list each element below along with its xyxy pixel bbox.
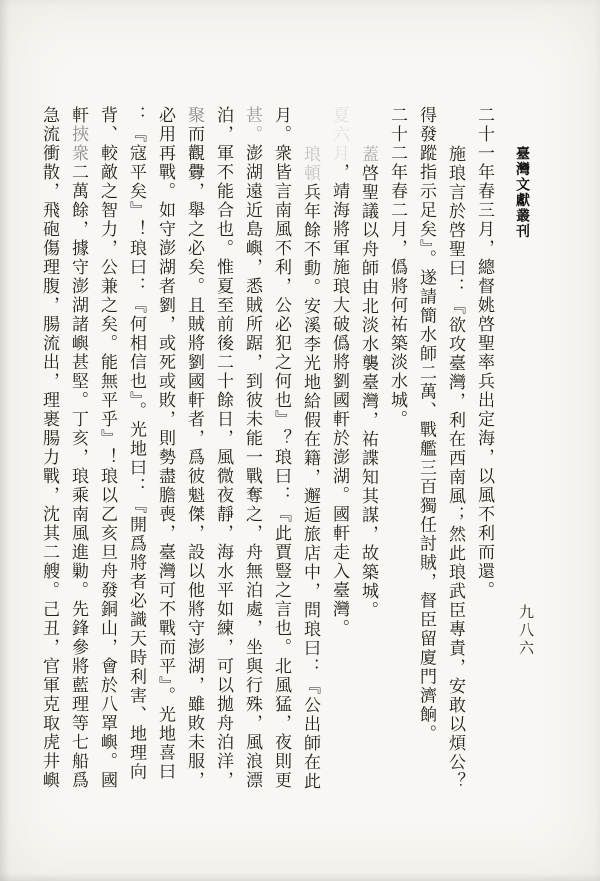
column-text: 月。衆皆言南風不利，公必犯之何也』？琅曰：『此賈豎之言也。北風猛，夜則更	[271, 106, 291, 790]
text-column: 背、較敵之智力，公兼之矣。能無平乎』！琅以乙亥旦舟發銅山，會於八罩嶼。國	[92, 106, 121, 811]
column-text-faded: 琅頓	[300, 145, 320, 183]
column-text: 軒	[68, 106, 88, 125]
column-text: 施琅言於啓聖曰：『欲攻臺灣，利在西南風；然此琅武臣專責，安敢以煩公？	[445, 145, 465, 791]
column-text: 澎湖遠近島嶼，悉賊所踞，到彼未能一戰奪之，舟無泊處，坐與行殊，風浪漂	[242, 144, 262, 790]
column-text-faded: 蓋	[358, 145, 378, 164]
column-text: 急流衝散，飛砲傷理腹，腸流出，理裹腸力戰，沈其二艘。己丑，官軍克取虎井嶼	[39, 106, 59, 790]
text-column: 蓋啓聖議以舟師由北淡水襲臺灣，祐諜知其謀，故築城。	[353, 106, 382, 811]
column-text-faded: 挾衆	[68, 125, 88, 163]
column-text: 啓聖議以舟師由北淡水襲臺灣，祐諜知其謀，故築城。	[358, 164, 378, 620]
text-column: 泊，軍不能合也。惟夏至前後二十餘日，風微夜靜，海水平如練，可以拋舟泊洋，	[208, 106, 237, 811]
main-text-block: 二十一年春三月，總督姚啓聖率兵出定海，以風不利而還。 施琅言於啓聖曰：『欲攻臺灣…	[34, 106, 498, 816]
text-column: 得發蹤指示足矣』。遂請簡水師二萬、戰艦三百獨任討賊，督臣留廈門濟餉。	[411, 106, 440, 811]
text-column: 二十二年春二月，僞將何祐築淡水城。	[382, 106, 411, 811]
folio-page-number: 九八六	[511, 604, 540, 658]
text-column: 施琅言於啓聖曰：『欲攻臺灣，利在西南風；然此琅武臣專責，安敢以煩公？	[440, 106, 469, 811]
column-text-faded: 甚。	[242, 106, 262, 144]
text-column: 二十一年春三月，總督姚啓聖率兵出定海，以風不利而還。	[469, 106, 498, 811]
text-column: ：『寇平矣』！琅曰：『何相信也』。光地曰：『開爲將者必識天時利害、地理向	[121, 106, 150, 811]
text-column: 軒挾衆二萬餘，據守澎湖諸嶼甚堅。丁亥，琅乘南風進勦。先鋒參將藍理等七船爲	[63, 106, 92, 811]
column-text: 二十二年春二月，僞將何祐築淡水城。	[387, 106, 407, 429]
column-text: ：『寇平矣』！琅曰：『何相信也』。光地曰：『開爲將者必識天時利害、地理向	[126, 106, 146, 782]
series-running-title: 臺灣文獻叢刊	[507, 146, 536, 239]
column-text: 必用再戰。如守澎湖者劉，或死或敗，則勢盡膽喪，臺灣可不戰而平』。光地喜曰	[155, 106, 175, 782]
text-column: 急流衝散，飛砲傷理腹，腸流出，理裹腸力戰，沈其二艘。己丑，官軍克取虎井嶼	[34, 106, 63, 811]
column-text: 二十一年春三月，總督姚啓聖率兵出定海，以風不利而還。	[474, 106, 494, 600]
text-column: 琅頓兵年餘不動。安溪李光地給假在籍，邂逅旅店中，問琅曰：『公出師在此	[295, 106, 324, 811]
column-text: 背、較敵之智力，公兼之矣。能無平乎』！琅以乙亥旦舟發銅山，會於八罩嶼。國	[97, 106, 117, 790]
text-column: 必用再戰。如守澎湖者劉，或死或敗，則勢盡膽喪，臺灣可不戰而平』。光地喜曰	[150, 106, 179, 811]
column-text: 而觀釁，舉之必矣。且賊將劉國軒者，爲彼魁傑，設以他將守澎湖，雖敗未服，	[184, 125, 204, 790]
column-text: 得發蹤指示足矣』。遂請簡水師二萬、戰艦三百獨任討賊，督臣留廈門濟餉。	[416, 106, 436, 744]
text-column: 月。衆皆言南風不利，公必犯之何也』？琅曰：『此賈豎之言也。北風猛，夜則更	[266, 106, 295, 811]
column-text: 二萬餘，據守澎湖諸嶼甚堅。丁亥，琅乘南風進勦。先鋒參將藍理等七船爲	[68, 163, 88, 790]
column-text: 泊，軍不能合也。惟夏至前後二十餘日，風微夜靜，海水平如練，可以拋舟泊洋，	[213, 106, 233, 790]
text-column: 聚而觀釁，舉之必矣。且賊將劉國軒者，爲彼魁傑，設以他將守澎湖，雖敗未服，	[179, 106, 208, 811]
text-column: 夏六月，靖海將軍施琅大破僞將劉國軒於澎湖。國軒走入臺灣。	[324, 106, 353, 811]
column-text: ，靖海將軍施琅大破僞將劉國軒於澎湖。國軒走入臺灣。	[329, 163, 349, 638]
column-text-faded: 聚	[184, 106, 204, 125]
scan-edge-shading-bottom	[0, 873, 600, 881]
column-text: 兵年餘不動。安溪李光地給假在籍，邂逅旅店中，問琅曰：『公出師在此	[300, 183, 320, 791]
book-page: 臺灣文獻叢刊 九八六 二十一年春三月，總督姚啓聖率兵出定海，以風不利而還。 施琅…	[0, 0, 600, 881]
text-column: 甚。澎湖遠近島嶼，悉賊所踞，到彼未能一戰奪之，舟無泊處，坐與行殊，風浪漂	[237, 106, 266, 811]
scan-edge-shading	[0, 0, 10, 881]
column-text-faded: 夏六月	[329, 106, 349, 163]
